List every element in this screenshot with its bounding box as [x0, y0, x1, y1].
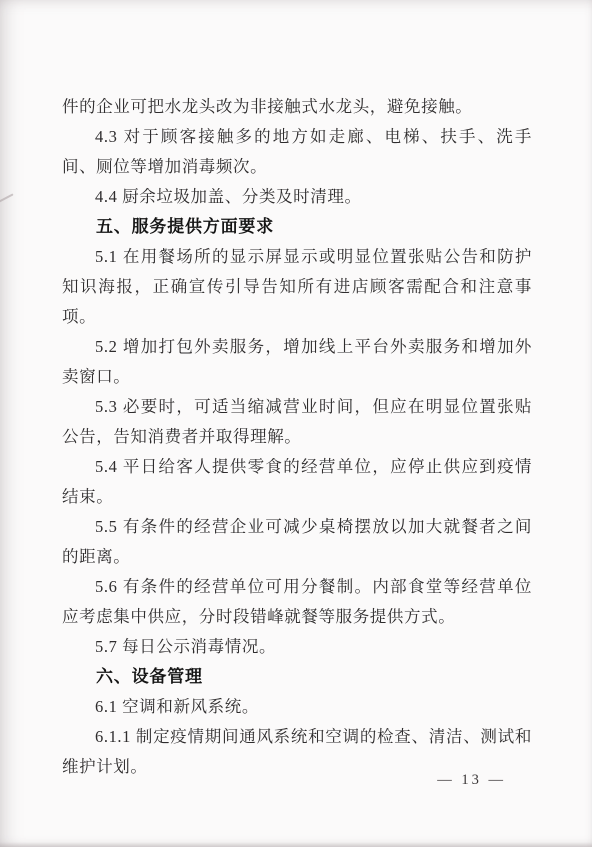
paragraph: 5.7 每日公示消毒情况。	[62, 632, 532, 662]
paragraph: 5.1 在用餐场所的显示屏显示或明显位置张贴公告和防护知识海报，正确宣传引导告知…	[62, 242, 532, 332]
scan-artifact-left-edge	[0, 193, 14, 202]
page-number: — 13 —	[437, 772, 506, 789]
paragraph: 件的企业可把水龙头改为非接触式水龙头，避免接触。	[62, 92, 532, 122]
scan-shadow-bottom-edge	[0, 842, 592, 847]
paragraph: 5.5 有条件的经营企业可减少桌椅摆放以加大就餐者之间的距离。	[62, 512, 532, 572]
paragraph: 5.6 有条件的经营单位可用分餐制。内部食堂等经营单位应考虑集中供应，分时段错峰…	[62, 572, 532, 632]
paragraph: 4.4 厨余垃圾加盖、分类及时清理。	[62, 182, 532, 212]
section-heading: 六、设备管理	[62, 662, 532, 692]
paragraph: 5.4 平日给客人提供零食的经营单位，应停止供应到疫情结束。	[62, 452, 532, 512]
paragraph: 5.2 增加打包外卖服务，增加线上平台外卖服务和增加外卖窗口。	[62, 332, 532, 392]
document-body: 件的企业可把水龙头改为非接触式水龙头，避免接触。4.3 对于顾客接触多的地方如走…	[62, 92, 532, 782]
section-heading: 五、服务提供方面要求	[62, 212, 532, 242]
paragraph: 6.1 空调和新风系统。	[62, 692, 532, 722]
paragraph: 4.3 对于顾客接触多的地方如走廊、电梯、扶手、洗手间、厕位等增加消毒频次。	[62, 122, 532, 182]
document-page: 件的企业可把水龙头改为非接触式水龙头，避免接触。4.3 对于顾客接触多的地方如走…	[0, 0, 592, 847]
paragraph: 5.3 必要时，可适当缩减营业时间，但应在明显位置张贴公告，告知消费者并取得理解…	[62, 392, 532, 452]
